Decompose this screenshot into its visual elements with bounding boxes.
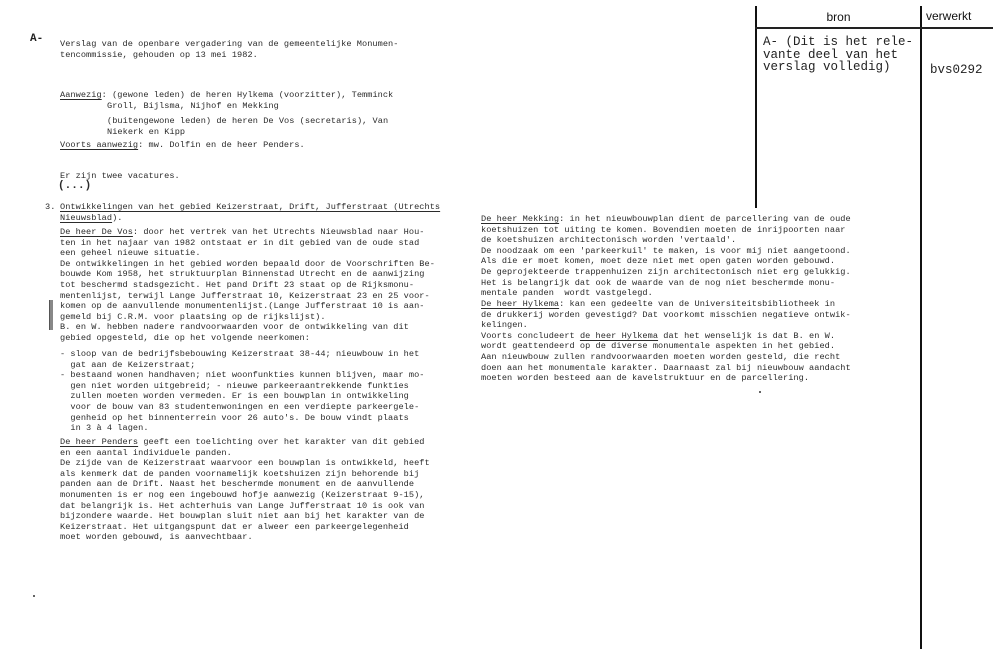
paragraph-line: de koetshuizen architectonisch worden 'v… [481, 235, 851, 246]
paragraph-line: geeft een toelichting over het karakter … [138, 437, 424, 447]
paragraph-line: gebied opgesteld, die op het volgende ne… [60, 333, 435, 344]
bron-line: A- (Dit is het rele- [763, 36, 913, 49]
paragraph-line: ten in het najaar van 1982 ontstaat er i… [60, 238, 435, 249]
speaker-name: de heer Hylkema [580, 331, 658, 341]
list-item-cont: zullen moeten worden vermeden. Er is een… [60, 391, 425, 402]
paragraph-line: gemeld bij C.R.M. voor plaatsing op de r… [60, 312, 435, 323]
paragraph-line: kelingen. [481, 320, 851, 331]
speaker-name: De heer Penders [60, 437, 138, 447]
paragraph-line: De geprojekteerde trappenhuizen zijn arc… [481, 267, 851, 278]
table-header-rule [755, 27, 993, 29]
paragraph-line: moeten worden besteed aan de kavelstrukt… [481, 373, 851, 384]
column-header-verwerkt: verwerkt [926, 9, 971, 23]
speaker-name: De heer Hylkema [481, 299, 559, 309]
speaker-name: De heer De Vos [60, 227, 133, 237]
paragraph-line: doen aan het monumentale karakter. Daarn… [481, 363, 851, 374]
paragraph-line: tot beschermd stadsgezicht. Het pand Dri… [60, 280, 435, 291]
paragraph-line: bouwde Kom 1958, het struktuurplan Binne… [60, 269, 435, 280]
penders-statement: De heer Penders geeft een toelichting ov… [60, 437, 430, 543]
paragraph-line: koetshuizen tot uiting te komen. Bovendi… [481, 225, 851, 236]
aanwezig-text: Groll, Bijlsma, Nijhof en Mekking [60, 101, 393, 112]
mekking-statement: De heer Mekking: in het nieuwbouwplan di… [481, 214, 851, 299]
aanwezig-text: : (gewone leden) de heren Hylkema (voorz… [102, 90, 394, 100]
paragraph-line: De ontwikkelingen in het gebied worden b… [60, 259, 435, 270]
list-item: - bestaand wonen handhaven; niet woonfun… [60, 370, 425, 381]
margin-mark [49, 300, 53, 330]
ellipsis-omission: (...) [58, 181, 91, 192]
paragraph-line: en een aantal individuele panden. [60, 448, 430, 459]
voorts-aanwezig-text: : mw. Dolfin en de heer Penders. [138, 140, 305, 150]
voorts-aanwezig-label: Voorts aanwezig [60, 140, 138, 150]
devos-statement: De heer De Vos: door het vertrek van het… [60, 227, 435, 344]
paragraph-line: moet worden gebouwd, is aanvechtbaar. [60, 532, 430, 543]
aanwezig-text: (buitengewone leden) de heren De Vos (se… [60, 116, 393, 127]
table-border-left [755, 6, 757, 208]
paragraph-line: Voorts concludeert [481, 331, 580, 341]
paragraph-line: Het is belangrijk dat ook de waarde van … [481, 278, 851, 289]
aanwezig-text: Niekerk en Kipp [60, 127, 393, 138]
column-header-bron: bron [757, 10, 920, 24]
section-number: 3. [45, 202, 55, 213]
section-marker: A- [30, 33, 43, 45]
title-line: Verslag van de openbare vergadering van … [60, 39, 398, 50]
list-item-cont: gen niet worden uitgebreid; - nieuwe par… [60, 381, 425, 392]
paragraph-line: als kenmerk dat de panden voornamelijk k… [60, 469, 430, 480]
paragraph-line: B. en W. hebben nadere randvoorwaarden v… [60, 322, 435, 333]
section-heading-tail: ). [112, 213, 122, 223]
verwerkt-code: bvs0292 [930, 63, 983, 77]
paragraph-line: De zijde van de Keizerstraat waarvoor ee… [60, 458, 430, 469]
paragraph-line: bijzondere waarde. Het bouwplan sluit ni… [60, 511, 430, 522]
section-heading-line: Ontwikkelingen van het gebied Keizerstra… [60, 202, 440, 213]
list-item-cont: voor de bouw van 83 studentenwoningen en… [60, 402, 425, 413]
table-border-middle [920, 6, 922, 649]
requirements-list: - sloop van de bedrijfsbebouwing Keizers… [60, 349, 425, 434]
list-item-cont: gat aan de Keizerstraat; [60, 360, 425, 371]
aanwezig-label: Aanwezig [60, 90, 102, 100]
paragraph-line: monumenten is er nog een ingebouwd hofje… [60, 490, 430, 501]
speck-mark [759, 391, 761, 393]
paragraph-line: komen op de aanvullende monumentenlijst.… [60, 301, 435, 312]
paragraph-line: De noodzaak om een 'parkeerkuil' te make… [481, 246, 851, 257]
paragraph-line: de drukkerij worden gevestigd? Dat voork… [481, 310, 851, 321]
title-line: tencommissie, gehouden op 13 mei 1982. [60, 50, 398, 61]
paragraph-line: Aan nieuwbouw zullen randvoorwaarden moe… [481, 352, 851, 363]
bron-line: verslag volledig) [763, 61, 913, 74]
paragraph-line: : door het vertrek van het Utrechts Nieu… [133, 227, 425, 237]
hylkema-statement: De heer Hylkema: kan een gedeelte van de… [481, 299, 851, 384]
section-heading: Ontwikkelingen van het gebied Keizerstra… [60, 202, 440, 223]
section-heading-line: Nieuwsblad [60, 213, 112, 223]
paragraph-line: : in het nieuwbouwplan dient de parcelle… [559, 214, 851, 224]
paragraph-line: mentenlijst, terwijl Lange Jufferstraat … [60, 291, 435, 302]
paragraph-line: mentale panden wordt vastgelegd. [481, 288, 851, 299]
paragraph-line: dat het wenselijk is dat B. en W. [658, 331, 835, 341]
attendees-block: Aanwezig: (gewone leden) de heren Hylkem… [60, 90, 393, 151]
report-title: Verslag van de openbare vergadering van … [60, 39, 398, 60]
paragraph-line: wordt geattendeerd op de diverse monumen… [481, 341, 851, 352]
paragraph-line: : kan een gedeelte van de Universiteitsb… [559, 299, 835, 309]
bron-cell: A- (Dit is het rele- vante deel van het … [763, 36, 913, 74]
list-item: - sloop van de bedrijfsbebouwing Keizers… [60, 349, 425, 360]
paragraph-line: een geheel nieuwe situatie. [60, 248, 435, 259]
list-item-cont: genheid op het binnenterrein voor 26 aut… [60, 413, 425, 424]
paragraph-line: Als die er moet komen, moet deze niet me… [481, 256, 851, 267]
paragraph-line: dat belangrijk is. Het achterhuis van La… [60, 501, 430, 512]
speck-mark [33, 595, 35, 597]
paragraph-line: panden aan de Drift. Naast het beschermd… [60, 479, 430, 490]
list-item-cont: in 3 à 4 lagen. [60, 423, 425, 434]
paragraph-line: Keizerstraat. Het uitgangspunt dat er al… [60, 522, 430, 533]
speaker-name: De heer Mekking [481, 214, 559, 224]
